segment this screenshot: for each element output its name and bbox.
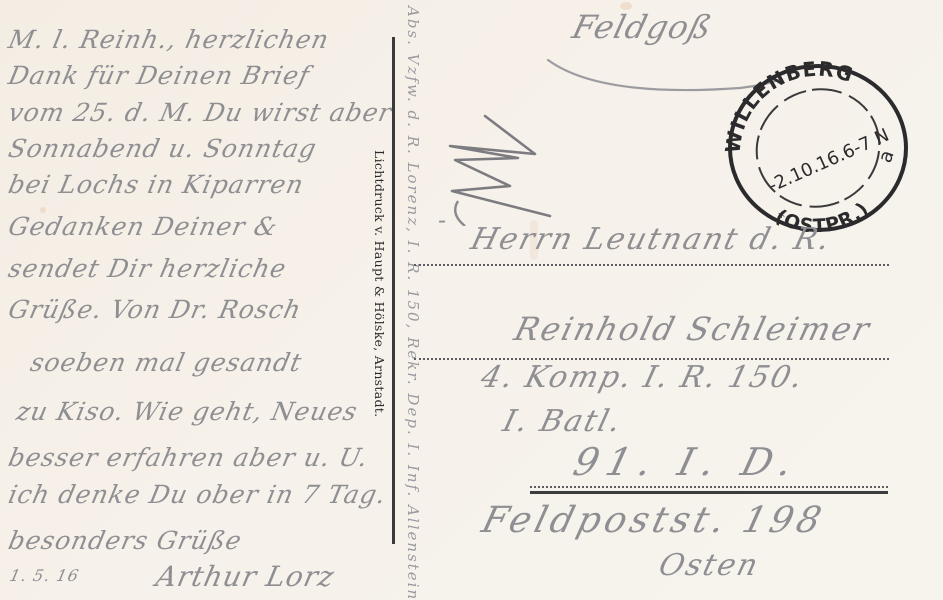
message-line: Gedanken Deiner & bbox=[6, 212, 281, 241]
message-line: Grüße. Von Dr. Rosch bbox=[6, 295, 304, 324]
address-line-division: 91. I. D. bbox=[569, 440, 805, 484]
postcard-back: M. l. Reinh., herzlichen Dank für Deinen… bbox=[0, 0, 943, 600]
message-line: ich denke Du ober in 7 Tag. bbox=[6, 480, 389, 509]
address-line-unit: 4. Komp. I. R. 150. bbox=[477, 360, 808, 395]
address-solid-line bbox=[530, 491, 888, 494]
postmark-letter: a bbox=[874, 147, 899, 165]
address-line-battalion: I. Batl. bbox=[499, 404, 626, 439]
address-line-name: Reinhold Schleimer bbox=[511, 310, 876, 348]
address-line-title: Herrn Leutnant d. R. bbox=[467, 222, 835, 257]
message-line: zu Kiso. Wie geht, Neues bbox=[14, 397, 361, 426]
message-line: Dank für Deinen Brief bbox=[6, 61, 313, 90]
message-line: sendet Dir herzliche bbox=[6, 254, 290, 283]
amt-mark: Amt. bbox=[440, 96, 560, 226]
message-signature: Arthur Lorz bbox=[153, 560, 338, 593]
message-line: soeben mal gesandt bbox=[28, 348, 305, 377]
address-line-region: Osten bbox=[655, 548, 763, 583]
svg-text:WILLENBERG: WILLENBERG bbox=[720, 57, 856, 155]
address-dotted-line bbox=[414, 264, 889, 266]
postmark-town: WILLENBERG bbox=[720, 57, 856, 155]
message-date: 1. 5. 16 bbox=[8, 566, 81, 585]
message-line: vom 25. d. M. Du wirst aber bbox=[6, 98, 395, 127]
message-line: M. l. Reinh., herzlichen bbox=[6, 25, 332, 54]
svg-text:Amt.: Amt. bbox=[440, 96, 478, 100]
address-dotted-line bbox=[530, 486, 888, 488]
printer-imprint: Lichtdruck v. Haupt & Hölske, Arnstadt. bbox=[372, 150, 387, 417]
amt-dash: - bbox=[438, 206, 447, 234]
message-line: Sonnabend u. Sonntag bbox=[6, 134, 320, 163]
postmark: WILLENBERG (OSTPR.) -2.10.16.6-7 N a * bbox=[712, 52, 922, 232]
message-line: besser erfahren aber u. U. bbox=[6, 443, 371, 472]
center-divider bbox=[392, 37, 395, 544]
message-line: besonders Grüße bbox=[6, 526, 245, 555]
message-line: bei Lochs in Kiparren bbox=[6, 170, 307, 199]
sender-note: Abs. Vzfw. d. R. Lorenz, I. R. 150, Rekr… bbox=[404, 6, 422, 600]
postmark-date: -2.10.16.6-7 N bbox=[765, 125, 892, 197]
address-line-fieldpost: Feldpostst. 198 bbox=[478, 500, 829, 541]
